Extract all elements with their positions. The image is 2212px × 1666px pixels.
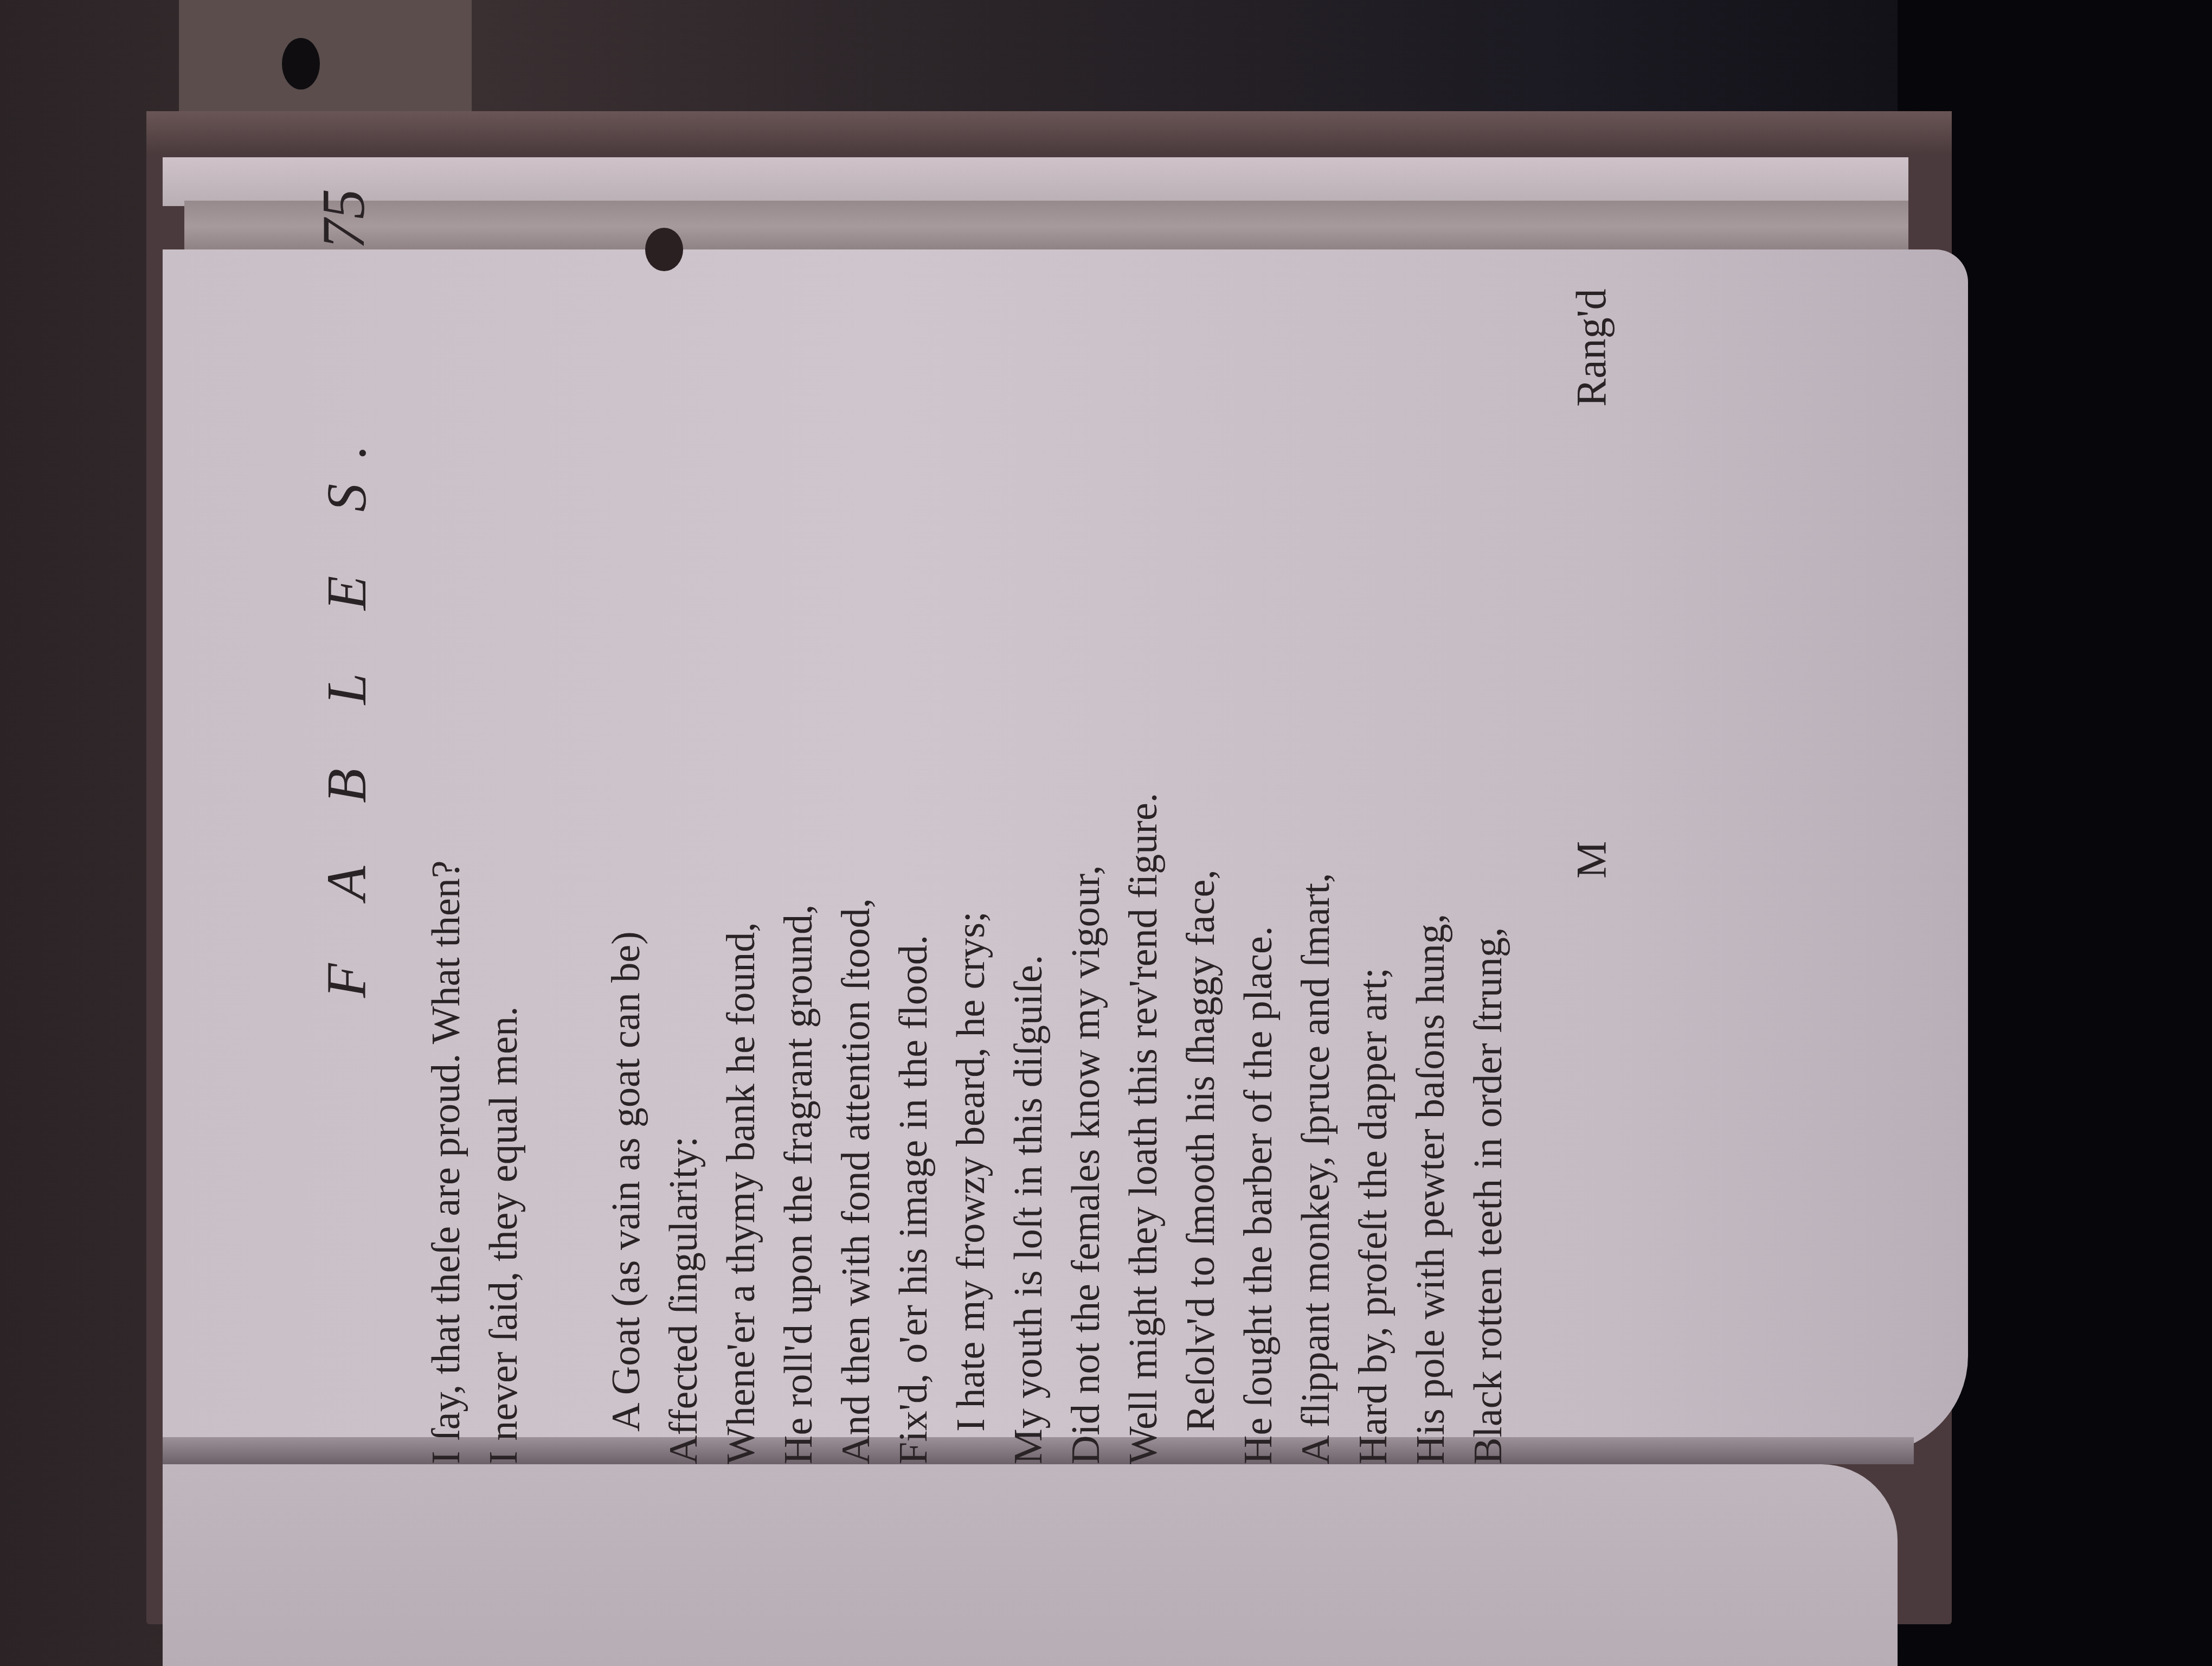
- poem-line: Fix'd, o'er his image in the flood.: [885, 163, 942, 1464]
- poem-line: Did not the females know my vigour,: [1057, 163, 1115, 1464]
- page-text-frame: F A B L E S. 75 I ſay, that theſe are pr…: [304, 65, 1767, 1486]
- catchword: Rang'd: [1567, 289, 1616, 407]
- running-head: F A B L E S. 75: [304, 65, 390, 1486]
- poem-line: I ſay, that theſe are proud. What then?: [417, 163, 475, 1464]
- poem-line: Well might they loath this rev'rend figu…: [1115, 163, 1172, 1464]
- poem-line: Affected ſingularity:: [655, 163, 712, 1464]
- poem-line: A flippant monkey, ſpruce and ſmart,: [1287, 163, 1345, 1464]
- poem-line: My youth is loſt in this diſguiſe.: [1000, 163, 1057, 1464]
- poem-line: I hate my frowzy beard, he crys;: [942, 163, 1000, 1464]
- poem-line: A Goat (as vain as goat can be): [597, 163, 655, 1464]
- poem-line: He ſought the barber of the place.: [1230, 163, 1287, 1464]
- poem-body: I ſay, that theſe are proud. What then? …: [417, 163, 1517, 1464]
- poem-line: Reſolv'd to ſmooth his ſhaggy face,: [1172, 163, 1230, 1464]
- poem-line: Black rotten teeth in order ſtrung,: [1459, 163, 1517, 1464]
- facing-page: [163, 1464, 1898, 1666]
- page-number: 75: [309, 189, 379, 249]
- poem-line: Hard by, profeſt the dapper art;: [1345, 163, 1402, 1464]
- running-title: F A B L E S.: [314, 420, 379, 998]
- poem-line: He roll'd upon the fragrant ground,: [770, 163, 827, 1464]
- stanza-gap: [532, 163, 597, 1464]
- poem-line: I never ſaid, they equal men.: [475, 163, 532, 1464]
- poem-line: And then with fond attention ſtood,: [827, 163, 885, 1464]
- poem-line: Whene'er a thymy bank he found,: [712, 163, 770, 1464]
- poem-line: His pole with pewter baſons hung,: [1402, 163, 1459, 1464]
- signature-mark: M: [1567, 841, 1616, 879]
